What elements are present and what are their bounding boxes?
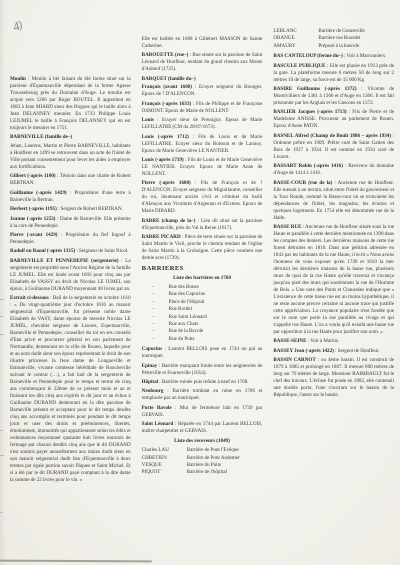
barrier-name: Place de l'Hôpital [169,299,263,306]
text-columns: Moulin : Moulin à blé faisant du blé far… [0,0,400,487]
entry-term: BARRE (champ de la–) [142,218,196,224]
dictionary-entry: Jeanne (-après 1253) : Dame de Barnevill… [10,216,131,230]
column-3: LEBLANCBarrière de GonnevilleORANGEBarri… [273,24,394,487]
entry-term: BAS CANTELOUP (ferme du–) [273,53,342,59]
entry-term: Moulin [10,76,26,82]
dictionary-entry: Guillaume (-après 1429) : Propriétaire d… [10,190,131,204]
table-row: PIQUOTBarrière de l'hôpital [142,469,263,476]
entry-term: BAROUETTE (rue–) [142,52,189,58]
dictionary-entry: Radulf ou Raoul (-après 1315) : Seigneur… [10,248,131,255]
entry-term: BASLIER Jacques (-après 1713) [273,109,346,115]
dictionary-entry: BARNEVILLE ET PENNEDEPIE (sergenterie) :… [10,258,131,293]
entry-heading: BARQUET (famille du–) [142,76,263,83]
dictionary-entry: BASCULE PUBLIQUE : Elle est placée en 19… [273,63,394,84]
entry-term: Guillaume (-après 1429) [10,190,67,196]
entry-term: Pierre (-avant 1429) [10,232,58,238]
dictionary-entry: Louis (-après 1739) : Fils de Louis et d… [142,157,263,178]
barrier-name: Rue des Capucins [169,291,263,298]
role-label: Barrière de Gonneville [318,28,394,35]
dash-bullet: - [142,306,169,313]
dictionary-entry: BARRE (champ de la–) : Lieu dit situé su… [142,218,263,232]
role-label: Barrière de Pont Audemer [187,455,263,462]
name-role-table: Charles LAUBarrière de Pont l'EvêqueCHRE… [142,447,263,477]
dictionary-entry: Epinay : Barrière marquant limite entre … [142,363,263,377]
entry-term: BASSEY Jean (-après 1422) [273,348,334,354]
entry-term: BASCULE PUBLIQUE [273,63,325,69]
entry-term: BASSE-COUR (rue de la) [273,180,332,186]
table-row: VESQUEBarrière du Puits [142,462,263,469]
dictionary-entry: BASIRE Guillaume (-après 1372) : Vicomte… [273,86,394,107]
barrier-list-item: -Rue des Bunes [142,284,263,291]
list-title: Liste des barrières en 1760 [142,275,263,282]
person-name: LEBLANC [273,28,318,35]
entry-term: François (-après 1633) [142,101,192,107]
barrier-name: Rue aux Chats [169,321,263,328]
table-row: ORANGEBarrière rue Bourdet [273,35,394,42]
dictionary-entry: Moulin : Moulin à blé faisant du blé far… [10,76,131,132]
barrier-list-item: -Rue Bordel [142,306,263,313]
dictionary-entry: BASSEY Jean (-après 1422) : Sergent de H… [273,348,394,355]
dictionary-entry: Gilbert (-après 1100) : Témoin dans une … [10,173,131,187]
barrier-name: Rue de la Bavole [169,328,263,335]
role-label: Préposé à la bascule [318,43,394,50]
dictionary-entry: Saint Léonard : Réparée en 1744 par Laur… [142,421,263,435]
dictionary-entry: BASLIER Jacques (-après 1713) : Fils de … [273,109,394,130]
table-row: CHRETIENBarrière de Pont Audemer [142,455,263,462]
entry-term: BASIRE Guillaume (-après 1372) [273,86,356,92]
entry-term: BARNEVILLE ET PENNEDEPIE (sergenterie) [10,258,119,264]
dash-bullet: - [142,314,169,321]
entry-heading: BARNEVILLE (famille de–) [10,134,131,141]
entry-term: BASSART Robin (-après 1416) [273,163,343,169]
barrier-name: Rue du Puits [169,336,263,343]
dictionary-entry: BASSIN CARNOT : ou 4ème bassin. Il est c… [273,357,394,399]
dictionary-entry: François (avant 1608) : Ecuyer seigneur … [142,84,263,98]
entry-paragraph: Jehan, Laurens, Martin et Pierre BARNEVI… [10,143,131,171]
table-row: Charles LAUBarrière de Pont l'Evêque [142,447,263,454]
role-label: Barrière rue Bourdet [318,35,394,42]
scanned-page: 4) Moulin : Moulin à blé faisant du blé … [0,0,400,565]
person-name: ORANGE [273,35,318,42]
barrier-list-item: -Rue Saint Léonard [142,314,263,321]
barrier-list-item: -Place de l'Hôpital [142,299,263,306]
entry-term: François (avant 1608) [142,84,192,90]
dash-bullet: - [142,336,169,343]
dictionary-entry: Extrait ci-dessous : Bail de la sergente… [10,295,131,484]
dictionary-entry: Porte Bavole : Mur de fermeture bâti en … [142,405,263,419]
entry-term: BASSIN CARNOT [273,357,315,363]
page-edge-shadow [0,0,6,565]
barrier-list-item: -Rue aux Chats [142,321,263,328]
person-name: Charles LAU [142,447,187,454]
role-label: Barrière de Pont l'Evêque [187,447,263,454]
barrier-list: -Rue des Bunes-Rue des Capucins-Place de… [142,284,263,343]
scan-artifact-bottom-streak [0,560,152,562]
entry-term: Epinay [142,363,158,369]
person-name: CHRETIEN [142,455,187,462]
dictionary-entry: Neubourg : Barrière tombant en ruine en … [142,388,263,402]
role-label: Barrière de l'hôpital [187,469,263,476]
dictionary-entry: BARRE PICARD : Pièce de terre située sur… [142,234,263,262]
person-name: PIQUOT [142,469,187,476]
column-1: Moulin : Moulin à blé faisant du blé far… [10,24,131,487]
dash-bullet: - [142,299,169,306]
barrier-name: Rue Saint Léonard [169,314,263,321]
barrier-list-item: -Rue de la Bavole [142,328,263,335]
entry-term: BARRE PICARD [142,234,181,240]
entry-term: Jeanne (-après 1253) [10,216,55,222]
dictionary-entry: Pierre (-après 1608) : Fils de François … [142,180,263,215]
entry-term: Porte Bavole [142,405,172,411]
role-label: Barrière du Puits [187,462,263,469]
entry-term: Neubourg [142,388,164,394]
column-2: Elle est baillée en 1668 à Gillebert MAS… [142,24,263,487]
entry-term: Gilbert (-après 1100) [10,173,56,179]
entry-term: Saint Léonard [142,421,174,427]
barrier-name: Rue des Bunes [169,284,263,291]
table-row: LEBLANCBarrière de Gonneville [273,28,394,35]
person-name: AMAURY [273,43,318,50]
dictionary-entry: BAS CANTELOUP (ferme du–) : Voir à Marro… [273,53,394,60]
section-heading: BARRIERES [142,265,263,272]
dictionary-entry: Capucins : Laurent BELLOIS pose en 1744 … [142,346,263,360]
dash-bullet: - [142,284,169,291]
entry-term: Louis [142,117,154,123]
entry-term: Louis (-après 1739) [142,157,184,163]
dictionary-entry: BASSE-SEINE : Voir à Marins. [273,338,394,345]
person-name: VESQUE [142,462,187,469]
dictionary-entry: Louis (-après 1712) : Fils de Louis et d… [142,134,263,155]
dictionary-entry: BAROUETTE (rue–) : Rue située sur la par… [142,52,263,73]
entry-term: Pierre (-après 1608) [142,180,191,186]
entry-term: Louis (-après 1712) [142,134,189,140]
dictionary-entry: Pierre (-avant 1429) : Propriétaire du f… [10,232,131,246]
dictionary-entry: BASSE-COUR (rue de la) : Ancienne rue de… [273,180,394,222]
dictionary-entry: François (-après 1633) : Fils de Philipp… [142,101,263,115]
entry-term: Extrait ci-dessous [10,295,49,301]
list-title: Liste des receveurs (1849) [142,438,263,445]
entry-paragraph: Elle est baillée en 1668 à Gillebert MAS… [142,36,263,50]
dictionary-entry: Hôpital : Barrière ruinée puis refaite à… [142,379,263,386]
dash-bullet: - [142,321,169,328]
dictionary-entry: BASNEL Alfred (Champ de Boult 1886 – apr… [273,133,394,161]
dash-bullet: - [142,328,169,335]
dash-bullet: - [142,291,169,298]
dictionary-entry: BASSE RUE : Ancienne rue de Honfleur sit… [273,224,394,336]
entry-term: Herbert (-après 1195) [10,206,57,212]
entry-term: BASSE-SEINE [273,338,306,344]
entry-term: Hôpital [142,379,158,385]
dictionary-entry: Louis : Ecuyer sieur de Pressigny. Epoux… [142,117,263,131]
barrier-list-item: -Rue du Puits [142,336,263,343]
table-row: AMAURYPréposé à la bascule [273,43,394,50]
dictionary-entry: BASSART Robin (-après 1416) : Receveur d… [273,163,394,177]
dictionary-entry: Herbert (-après 1195) : Sergent de Rober… [10,206,131,213]
entry-term: Capucins [142,346,162,352]
entry-term: Radulf ou Raoul (-après 1315) [10,248,75,254]
entry-term: BASSE RUE [273,224,301,230]
name-role-table: LEBLANCBarrière de GonnevilleORANGEBarri… [273,28,394,50]
entry-term: BASNEL Alfred (Champ de Boult 1886 – apr… [273,133,391,139]
barrier-name: Rue Bordel [169,306,263,313]
barrier-list-item: -Rue des Capucins [142,291,263,298]
